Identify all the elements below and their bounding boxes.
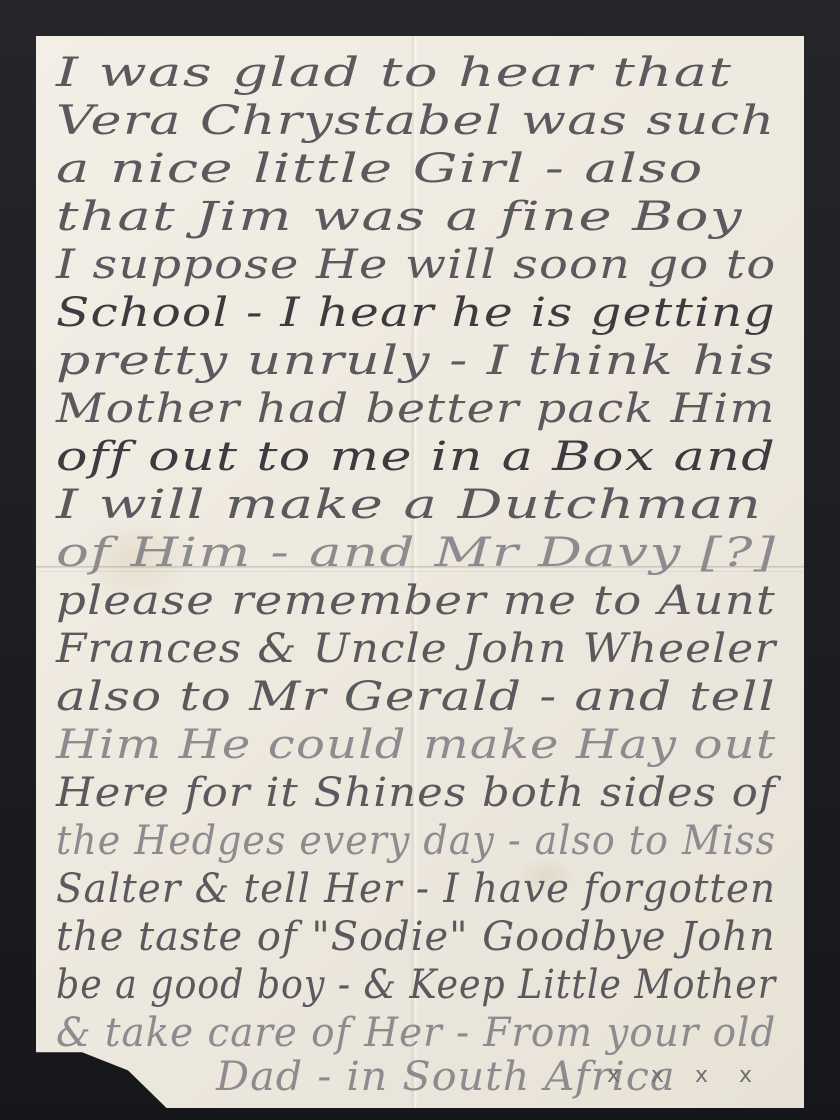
kisses-marks: x x x x [607, 1063, 764, 1088]
letter-line-3: a nice little Girl - also [56, 146, 704, 192]
letter-line-8: Mother had better pack Him [56, 386, 776, 432]
letter-line-15: Him He could make Hay out [56, 722, 776, 768]
letter-line-6: School - I hear he is getting [56, 290, 776, 336]
letter-line-21: & take care of Her - From your old [56, 1010, 776, 1056]
letter-line-16: Here for it Shines both sides of [56, 770, 776, 816]
letter-line-1: I was glad to hear that [56, 50, 732, 96]
letter-line-13: Frances & Uncle John Wheeler [56, 626, 776, 672]
letter-line-7: pretty unruly - I think his [56, 338, 775, 384]
letter-line-2: Vera Chrystabel was such [56, 98, 776, 144]
letter-line-5: I suppose He will soon go to [56, 242, 776, 288]
letter-line-4: that Jim was a fine Boy [56, 194, 743, 240]
letter-line-14: also to Mr Gerald - and tell [56, 674, 776, 720]
letter-line-9: off out to me in a Box and [56, 434, 776, 480]
letter-line-11: of Him - and Mr Davy [?] [56, 530, 776, 576]
letter-paper: I was glad to hear that Vera Chrystabel … [36, 36, 804, 1108]
letter-line-17: the Hedges every day - also to Miss [56, 818, 776, 864]
letter-line-18: Salter & tell Her - I have forgotten [56, 866, 776, 912]
letter-line-20: be a good boy - & Keep Little Mother [56, 962, 776, 1008]
letter-line-10: I will make a Dutchman [56, 482, 762, 528]
letter-line-12: please remember me to Aunt [56, 578, 776, 624]
letter-line-19: the taste of "Sodie" Goodbye John [56, 914, 776, 960]
